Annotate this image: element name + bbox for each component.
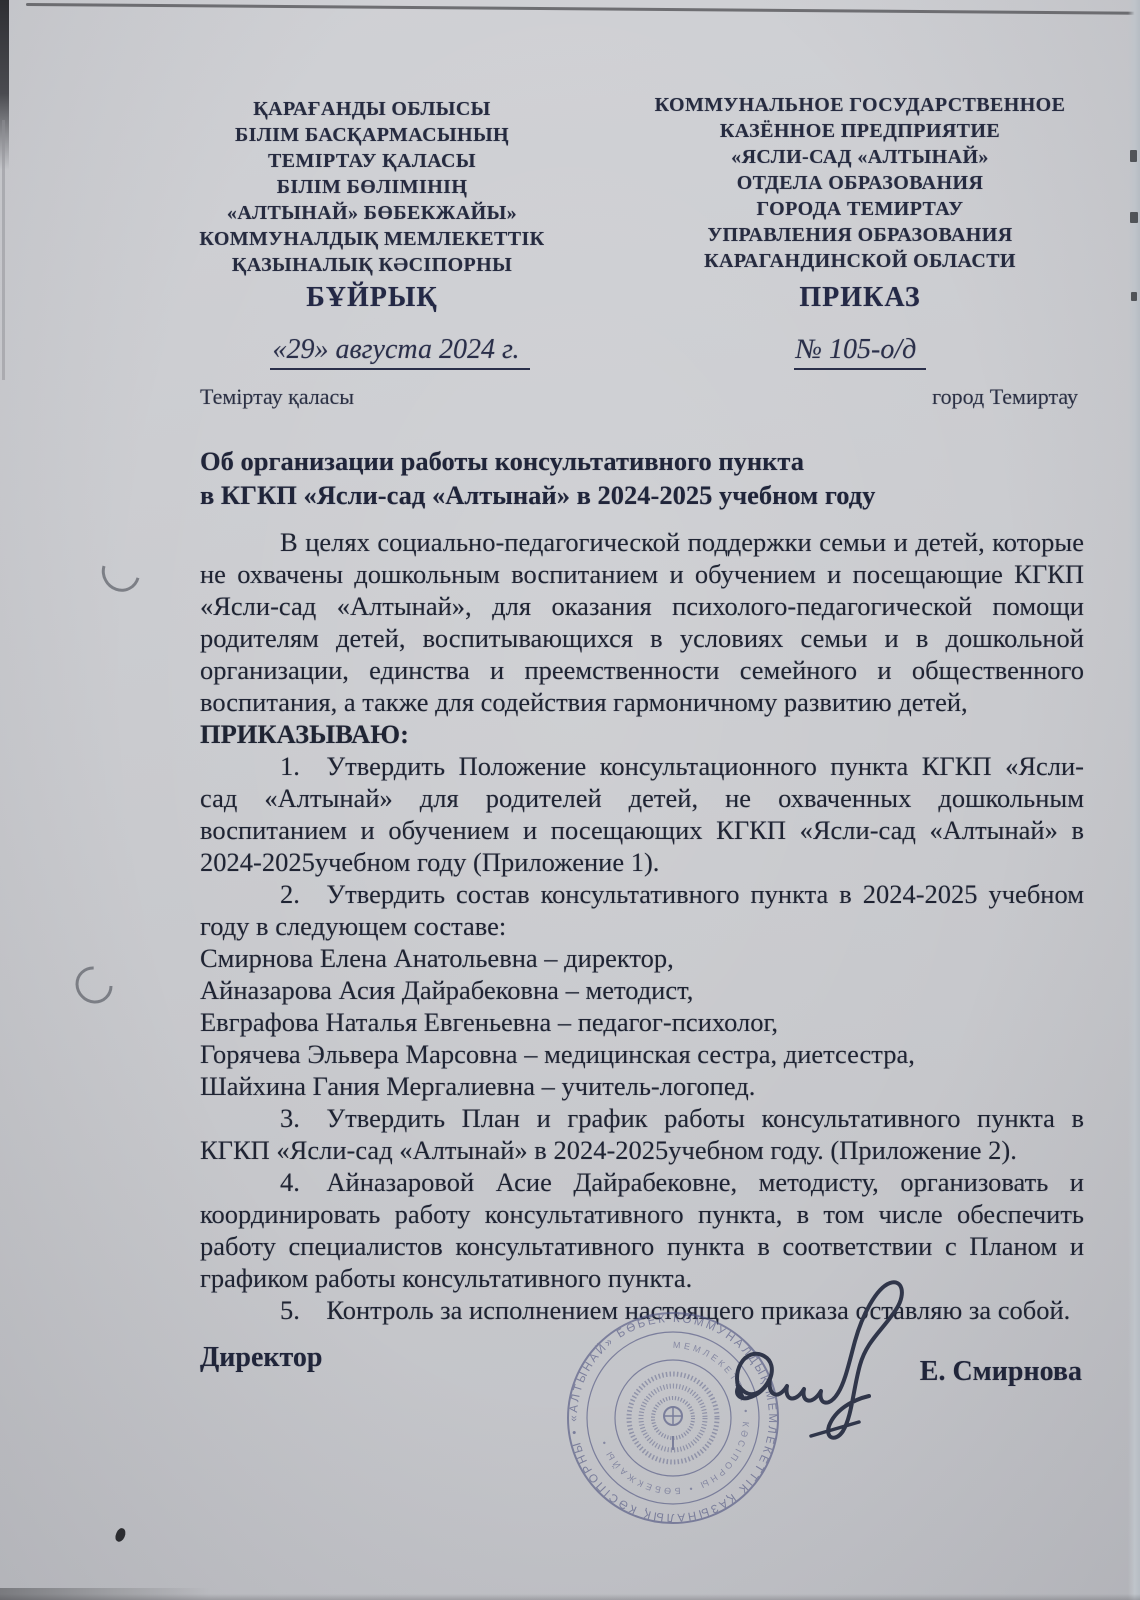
org-line: БІЛІМ БӨЛІМІНІҢ xyxy=(186,174,558,200)
staff-member: Айназарова Асия Дайрабековна – методист, xyxy=(200,974,1084,1006)
org-line: ҚАРАҒАНДЫ ОБЛЫСЫ xyxy=(186,96,558,122)
punch-hole-mark xyxy=(68,959,120,1011)
order-item-1: 1. Утвердить Положение консультационного… xyxy=(200,750,1084,878)
resolve-word: ПРИКАЗЫВАЮ: xyxy=(200,718,1084,750)
intro-paragraph: В целях социально-педагогической поддерж… xyxy=(200,526,1084,718)
org-line: ҚАЗЫНАЛЫҚ КӘСІПОРНЫ xyxy=(186,252,558,278)
scan-edge-mark xyxy=(1130,150,1137,162)
title-line-1: Об организации работы консультативного п… xyxy=(200,444,1084,478)
org-line: КАЗЁННОЕ ПРЕДПРИЯТИЕ xyxy=(642,118,1078,144)
place-russian: город Темиртау xyxy=(932,384,1078,410)
org-line: «ЯСЛИ-САД «АЛТЫНАЙ» xyxy=(642,144,1078,170)
org-line: ОТДЕЛА ОБРАЗОВАНИЯ xyxy=(642,170,1078,196)
handwritten-signature xyxy=(698,1262,1028,1472)
scan-top-edge xyxy=(26,3,1140,15)
scan-edge-mark xyxy=(1131,292,1137,301)
staff-member: Горячева Эльвера Марсовна – медицинская … xyxy=(200,1038,1084,1070)
order-item-3: 3. Утвердить План и график работы консул… xyxy=(200,1102,1084,1166)
scan-right-paper-edge xyxy=(1128,0,1140,1600)
scan-bottom-shadow xyxy=(0,1594,1140,1600)
letterhead-kazakh: ҚАРАҒАНДЫ ОБЛЫСЫ БІЛІМ БАСҚАРМАСЫНЫҢ ТЕМ… xyxy=(186,96,558,278)
document-body: Об организации работы консультативного п… xyxy=(200,444,1084,1326)
order-number: № 105-о/д xyxy=(642,334,1078,366)
org-line: БІЛІМ БАСҚАРМАСЫНЫҢ xyxy=(186,122,558,148)
org-line: ГОРОДА ТЕМИРТАУ xyxy=(642,196,1078,222)
staff-member: Шайхина Гания Мергалиевна – учитель-лого… xyxy=(200,1070,1084,1102)
ink-smudge xyxy=(114,1527,128,1543)
org-line: КОММУНАЛДЫҚ МЕМЛЕКЕТТІК xyxy=(186,226,558,252)
document-title: Об организации работы консультативного п… xyxy=(200,444,1084,512)
letterhead-russian: КОММУНАЛЬНОЕ ГОСУДАРСТВЕННОЕ КАЗЁННОЕ ПР… xyxy=(642,92,1078,274)
org-line: КОММУНАЛЬНОЕ ГОСУДАРСТВЕННОЕ xyxy=(642,92,1078,118)
order-date: «29» августа 2024 г. xyxy=(240,334,560,366)
order-item-2: 2. Утвердить состав консультативного пун… xyxy=(200,878,1084,942)
order-heading-kazakh: БҰЙРЫҚ xyxy=(186,282,558,314)
staff-member: Евграфова Наталья Евгеньевна – педагог-п… xyxy=(200,1006,1084,1038)
scan-left-edge-shadow xyxy=(2,120,5,380)
scan-edge-mark xyxy=(1130,212,1138,223)
org-line: УПРАВЛЕНИЯ ОБРАЗОВАНИЯ xyxy=(642,222,1078,248)
org-line: КАРАГАНДИНСКОЙ ОБЛАСТИ xyxy=(642,248,1078,274)
order-heading-russian: ПРИКАЗ xyxy=(642,282,1078,314)
place-kazakh: Теміртау қаласы xyxy=(200,384,354,410)
position-label: Директор xyxy=(200,1342,323,1374)
org-line: «АЛТЫНАЙ» БӨБЕКЖАЙЫ» xyxy=(186,200,558,226)
staff-member: Смирнова Елена Анатольевна – директор, xyxy=(200,942,1084,974)
punch-hole-mark xyxy=(95,545,147,598)
title-line-2: в КГКП «Ясли-сад «Алтынай» в 2024-2025 у… xyxy=(200,478,1084,512)
org-line: ТЕМІРТАУ ҚАЛАСЫ xyxy=(186,148,558,174)
